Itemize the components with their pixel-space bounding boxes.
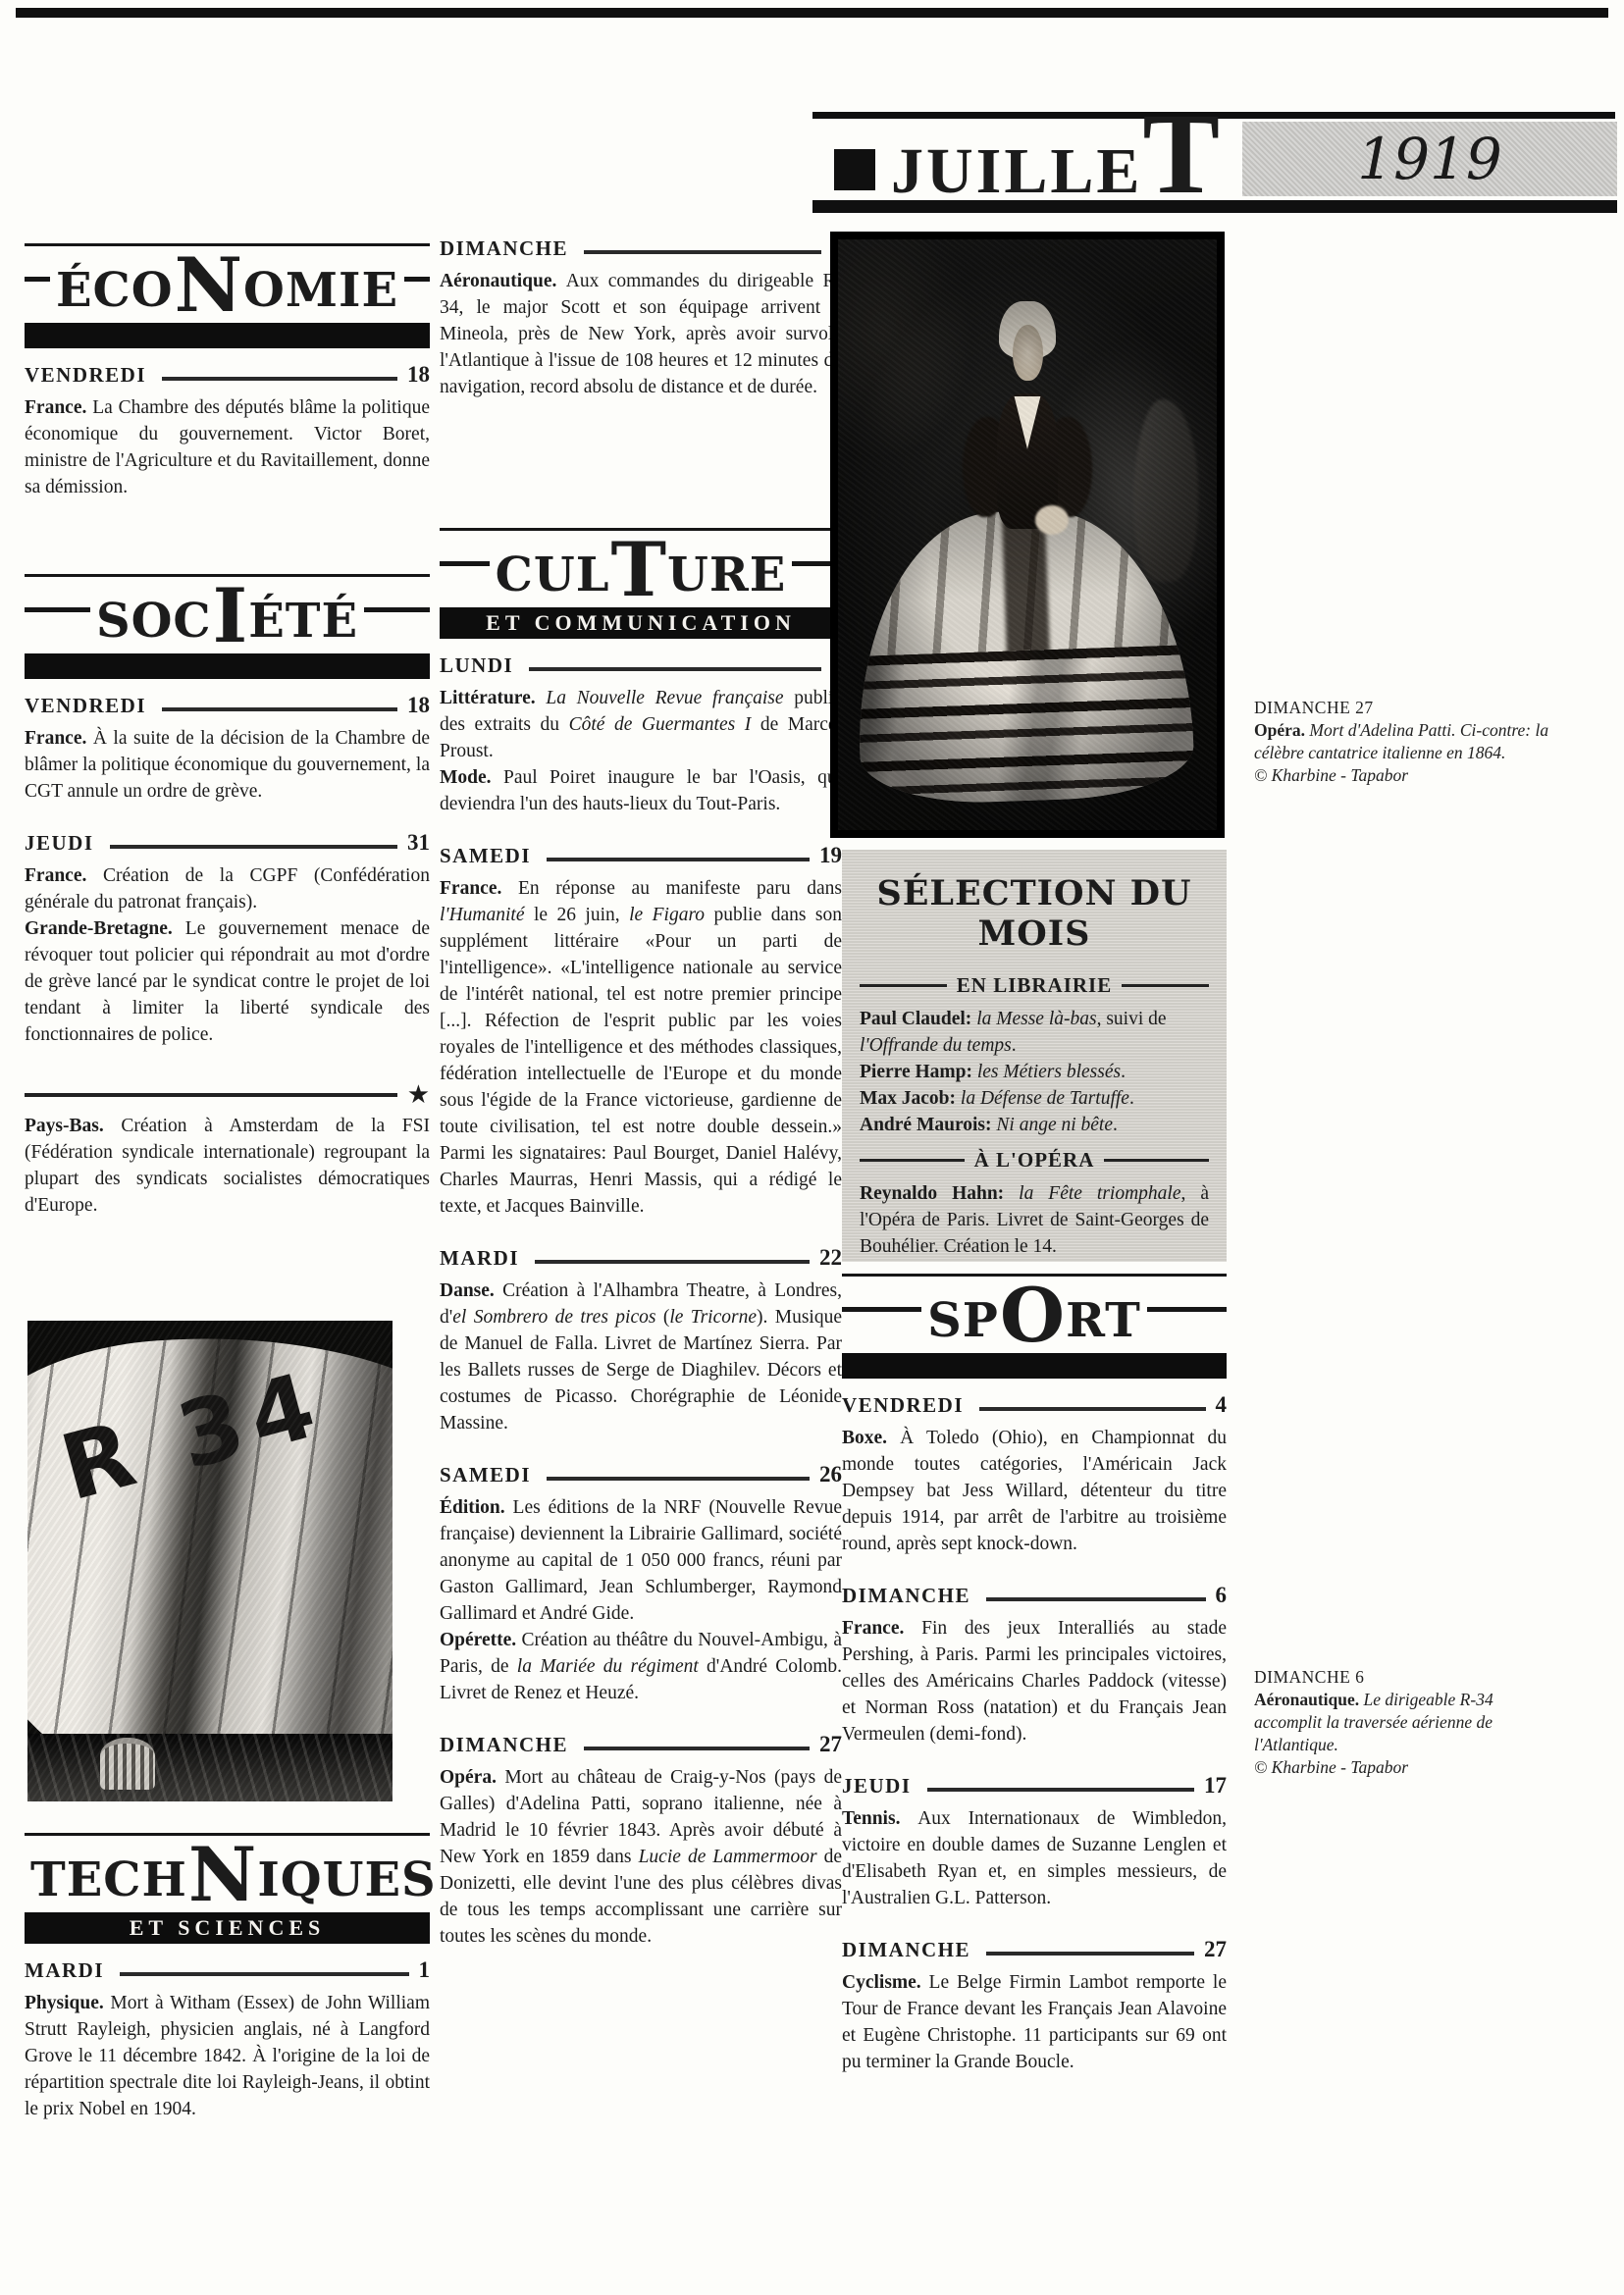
patti-photo-caption: DIMANCHE 27 Opéra. Mort d'Adelina Patti.… xyxy=(1254,697,1558,787)
selection-subhead-librairie: EN LIBRAIRIE xyxy=(860,973,1209,998)
entry-paragraph: Opérette. Création au théâtre du Nouvel-… xyxy=(440,1627,842,1706)
section-culture-title: CULTURE xyxy=(490,536,793,602)
section-societe: SOCIÉTÉ VENDREDI18 France. À la suite de… xyxy=(25,574,430,1244)
entry-date-number: 1 xyxy=(419,1957,431,1983)
entry-date-number: 27 xyxy=(819,1732,842,1757)
rule xyxy=(162,707,397,711)
section-culture: CULTURE ET COMMUNICATION LUNDI7 Littérat… xyxy=(440,528,842,1975)
section-economie-header: ÉCONOMIE xyxy=(25,243,430,348)
entry-paragraph: France. La Chambre des députés blâme la … xyxy=(25,394,430,500)
rule xyxy=(986,1597,1206,1601)
entry: VENDREDI4 Boxe. À Toledo (Ohio), en Cham… xyxy=(842,1392,1227,1557)
rule xyxy=(404,277,430,282)
selection-subhead-opera: À L'OPÉRA xyxy=(860,1148,1209,1173)
rule xyxy=(162,377,397,381)
entry: MARDI1 Physique. Mort à Witham (Essex) d… xyxy=(25,1957,430,2122)
photo-grain-overlay xyxy=(27,1321,393,1801)
entry-paragraph: France. Création de la CGPF (Confédérati… xyxy=(25,862,430,915)
rule xyxy=(842,1307,921,1312)
entry-day: DIMANCHE xyxy=(440,236,568,261)
entry-paragraph: Danse. Création à l'Alhambra Theatre, à … xyxy=(440,1278,842,1436)
entry-day: DIMANCHE xyxy=(842,1938,970,1962)
entry-day: JEUDI xyxy=(25,831,94,856)
entry-head: DIMANCHE6 xyxy=(440,235,842,261)
entry-paragraph: Tennis. Aux Internationaux de Wimbledon,… xyxy=(842,1805,1227,1911)
entry-head: MARDI1 xyxy=(25,1957,430,1983)
entry-date-number: 4 xyxy=(1216,1392,1228,1418)
entry-paragraph: Aéronautique. Aux commandes du dirigeabl… xyxy=(440,268,842,400)
entry-date-number: 31 xyxy=(407,830,430,856)
top-rule xyxy=(16,8,1608,18)
section-sport: SPORT VENDREDI4 Boxe. À Toledo (Ohio), e… xyxy=(842,1274,1227,2101)
entry-date-number: 17 xyxy=(1204,1773,1227,1799)
rule xyxy=(1122,984,1209,987)
entry-date-number: 18 xyxy=(407,693,430,718)
entry-paragraph: Physique. Mort à Witham (Essex) de John … xyxy=(25,1990,430,2122)
rule xyxy=(860,1159,965,1162)
entry: LUNDI7 Littérature. La Nouvelle Revue fr… xyxy=(440,652,842,817)
entry: JEUDI31 France. Création de la CGPF (Con… xyxy=(25,830,430,1048)
entry-star-head: ★ xyxy=(25,1085,430,1105)
entry-paragraph: Boxe. À Toledo (Ohio), en Championnat du… xyxy=(842,1425,1227,1557)
rule xyxy=(364,607,430,612)
entry-paragraph: Cyclisme. Le Belge Firmin Lambot remport… xyxy=(842,1969,1227,2075)
entry-day: VENDREDI xyxy=(842,1393,964,1418)
selection-item: Pierre Hamp: les Métiers blessés. xyxy=(860,1059,1209,1085)
r34-photo-caption: DIMANCHE 6 Aéronautique. Le dirigeable R… xyxy=(1254,1666,1558,1779)
entry-head: VENDREDI4 xyxy=(842,1392,1227,1418)
entry-day: DIMANCHE xyxy=(842,1584,970,1608)
entry-paragraph: Grande-Bretagne. Le gouvernement menace … xyxy=(25,915,430,1048)
entry-head: MARDI22 xyxy=(440,1245,842,1271)
masthead-month-text: JUILLE xyxy=(891,135,1142,207)
entry-day: SAMEDI xyxy=(440,1463,531,1487)
rule xyxy=(927,1788,1194,1792)
section-sport-title: SPORT xyxy=(921,1281,1147,1348)
entry-day: LUNDI xyxy=(440,653,513,678)
entry-date-number: 6 xyxy=(1216,1583,1228,1608)
adelina-patti-photo xyxy=(830,232,1225,838)
section-culture-header: CULTURE ET COMMUNICATION xyxy=(440,528,842,639)
entry-paragraph: Mode. Paul Poiret inaugure le bar l'Oasi… xyxy=(440,764,842,817)
entry-head: DIMANCHE27 xyxy=(440,1732,842,1757)
selection-item: Max Jacob: la Défense de Tartuffe. xyxy=(860,1085,1209,1112)
entry: DIMANCHE6 France. Fin des jeux Interalli… xyxy=(842,1583,1227,1747)
masthead-square-icon xyxy=(834,149,875,190)
caption-day: DIMANCHE 27 xyxy=(1254,697,1558,719)
entry-day: VENDREDI xyxy=(25,694,146,718)
entry-paragraph: Pays-Bas. Création à Amsterdam de la FSI… xyxy=(25,1113,430,1219)
star-icon: ★ xyxy=(407,1085,430,1105)
entry-date-number: 19 xyxy=(819,843,842,868)
rule xyxy=(529,667,820,671)
entry: DIMANCHE27 Cyclisme. Le Belge Firmin Lam… xyxy=(842,1937,1227,2075)
masthead-month-big-letter: T xyxy=(1142,89,1220,218)
entry: JEUDI17 Tennis. Aux Internationaux de Wi… xyxy=(842,1773,1227,1911)
entry-date-number: 27 xyxy=(1204,1937,1227,1962)
rule xyxy=(547,858,810,861)
entry-day: MARDI xyxy=(440,1246,519,1271)
selection-opera-item: Reynaldo Hahn: la Fête triomphale, à l'O… xyxy=(860,1180,1209,1260)
entry-date-number: 18 xyxy=(407,362,430,388)
section-culture-subtitle: ET COMMUNICATION xyxy=(486,610,796,636)
entry: VENDREDI18 France. À la suite de la déci… xyxy=(25,693,430,805)
caption-text: Opéra. Mort d'Adelina Patti. Ci-contre: … xyxy=(1254,719,1558,764)
entry-head: DIMANCHE27 xyxy=(842,1937,1227,1962)
section-economie-title: ÉCONOMIE xyxy=(50,251,404,318)
rule xyxy=(986,1952,1194,1956)
entry-paragraph: France. Fin des jeux Interalliés au stad… xyxy=(842,1615,1227,1747)
section-societe-header: SOCIÉTÉ xyxy=(25,574,430,679)
caption-credit: © Kharbine - Tapabor xyxy=(1254,764,1558,787)
entry: VENDREDI18 France. La Chambre des député… xyxy=(25,362,430,500)
photo-frame xyxy=(838,239,1217,830)
masthead: JUILLET xyxy=(834,90,1266,212)
entry-day: VENDREDI xyxy=(25,363,146,388)
section-techniques: TECHNIQUES ET SCIENCES MARDI1 Physique. … xyxy=(25,1833,430,2148)
rule xyxy=(1147,1307,1227,1312)
rule xyxy=(535,1260,810,1264)
rule xyxy=(860,984,947,987)
caption-credit: © Kharbine - Tapabor xyxy=(1254,1756,1558,1779)
entry: DIMANCHE27 Opéra. Mort au château de Cra… xyxy=(440,1732,842,1950)
entry-head: SAMEDI26 xyxy=(440,1462,842,1487)
entry-day: DIMANCHE xyxy=(440,1733,568,1757)
masthead-year: 1919 xyxy=(1242,122,1617,196)
entry-star: ★ Pays-Bas. Création à Amsterdam de la F… xyxy=(25,1085,430,1219)
rule xyxy=(25,607,90,612)
entry-day: JEUDI xyxy=(842,1774,912,1799)
rule xyxy=(25,277,50,282)
rule xyxy=(120,1972,409,1976)
rule xyxy=(440,561,490,566)
rule xyxy=(979,1407,1205,1411)
entry-head: VENDREDI18 xyxy=(25,693,430,718)
entry-day: SAMEDI xyxy=(440,844,531,868)
rule xyxy=(25,1093,397,1097)
entry-aeronautique: DIMANCHE6 Aéronautique. Aux commandes du… xyxy=(440,235,842,426)
selection-du-mois-box: SÉLECTION DU MOIS EN LIBRAIRIE Paul Clau… xyxy=(842,850,1227,1262)
section-societe-title: SOCIÉTÉ xyxy=(90,582,364,649)
entry-paragraph: Littérature. La Nouvelle Revue française… xyxy=(440,685,842,764)
rule xyxy=(547,1477,810,1481)
entry-paragraph: Édition. Les éditions de la NRF (Nouvell… xyxy=(440,1494,842,1627)
entry-date-number: 22 xyxy=(819,1245,842,1271)
section-sport-header: SPORT xyxy=(842,1274,1227,1379)
caption-day: DIMANCHE 6 xyxy=(1254,1666,1558,1689)
rule xyxy=(1104,1159,1209,1162)
r34-dirigible-photo: R 34 xyxy=(27,1321,393,1801)
entry-paragraph: Opéra. Mort au château de Craig-y-Nos (p… xyxy=(440,1764,842,1950)
entry-head: SAMEDI19 xyxy=(440,843,842,868)
entry-paragraph: France. En réponse au manifeste paru dan… xyxy=(440,875,842,1220)
masthead-month: JUILLET xyxy=(891,113,1220,204)
section-techniques-title: TECHNIQUES xyxy=(25,1841,443,1907)
caption-text: Aéronautique. Le dirigeable R-34 accompl… xyxy=(1254,1689,1558,1756)
entry: SAMEDI26 Édition. Les éditions de la NRF… xyxy=(440,1462,842,1706)
rule xyxy=(110,845,397,849)
section-economie: ÉCONOMIE VENDREDI18 France. La Chambre d… xyxy=(25,243,430,526)
entry: MARDI22 Danse. Création à l'Alhambra The… xyxy=(440,1245,842,1436)
entry: SAMEDI19 France. En réponse au manifeste… xyxy=(440,843,842,1220)
rule xyxy=(584,250,821,254)
entry-head: LUNDI7 xyxy=(440,652,842,678)
section-techniques-subtitle: ET SCIENCES xyxy=(130,1915,326,1941)
photo-grain-overlay xyxy=(838,239,1217,830)
rule xyxy=(584,1747,810,1750)
entry-date-number: 26 xyxy=(819,1462,842,1487)
entry-day: MARDI xyxy=(25,1958,104,1983)
masthead-bottom-bar xyxy=(812,200,1617,213)
entry-head: JEUDI31 xyxy=(25,830,430,856)
selection-item: André Maurois: Ni ange ni bête. xyxy=(860,1112,1209,1138)
section-techniques-header: TECHNIQUES ET SCIENCES xyxy=(25,1833,430,1944)
entry-head: JEUDI17 xyxy=(842,1773,1227,1799)
entry-paragraph: France. À la suite de la décision de la … xyxy=(25,725,430,805)
entry-head: DIMANCHE6 xyxy=(842,1583,1227,1608)
selection-item: Paul Claudel: la Messe là-bas, suivi de … xyxy=(860,1006,1209,1059)
entry-head: VENDREDI18 xyxy=(25,362,430,388)
selection-title: SÉLECTION DU MOIS xyxy=(860,873,1209,954)
